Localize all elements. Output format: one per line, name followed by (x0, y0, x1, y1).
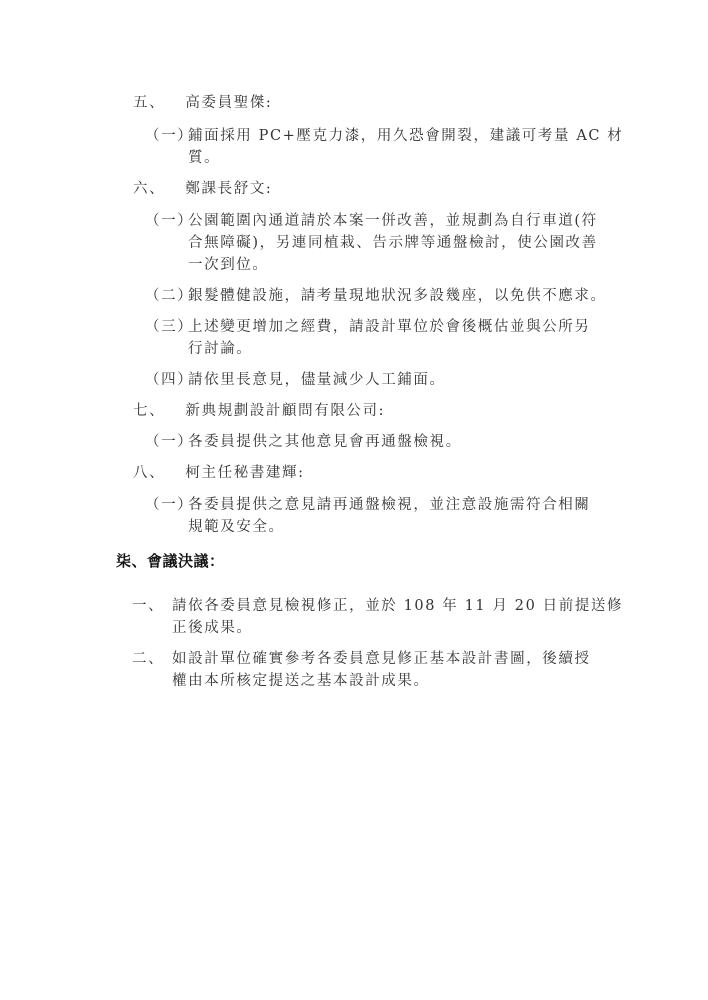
item-text: 規範及安全。 (188, 516, 285, 538)
item-number: （一） (145, 210, 193, 232)
section-heading: 五、 高委員聖傑: (133, 92, 272, 114)
section-speaker: 鄭課長舒文: (185, 181, 272, 197)
section-number: 八、 (133, 465, 165, 481)
item-number: （一） (145, 125, 193, 147)
item-text: 質。 (188, 147, 220, 169)
resolution-text: 正後成果。 (172, 617, 253, 639)
section-number: 六、 (133, 181, 165, 197)
section-number: 五、 (133, 95, 165, 111)
resolution-text: 權由本所核定提送之基本設計成果。 (172, 670, 430, 692)
item-number: （三） (145, 316, 193, 338)
item-text: 銀髮體健設施，請考量現地狀況多設幾座，以免供不應求。 (188, 285, 607, 307)
section-speaker: 新典規劃設計顧問有限公司: (185, 403, 385, 419)
resolution-number: 一、 (132, 595, 164, 617)
resolution-text: 如設計單位確實參考各委員意見修正基本設計書圖，後續授 (172, 648, 591, 670)
resolution-number: 二、 (132, 648, 164, 670)
section-heading: 八、 柯主任秘書建輝: (133, 462, 305, 484)
item-text: 一次到位。 (188, 254, 269, 276)
section-number: 七、 (133, 403, 165, 419)
item-text: 鋪面採用 PC+壓克力漆，用久恐會開裂，建議可考量 AC 材 (188, 125, 623, 147)
item-number: （一） (145, 494, 193, 516)
item-text: 行討論。 (188, 338, 252, 360)
section-speaker: 柯主任秘書建輝: (185, 465, 304, 481)
item-number: （二） (145, 285, 193, 307)
item-text: 合無障礙)，另連同植栽、告示牌等通盤檢討，使公園改善 (188, 232, 598, 254)
section-speaker: 高委員聖傑: (185, 95, 272, 111)
section-heading: 六、 鄭課長舒文: (133, 178, 272, 200)
item-text: 上述變更增加之經費，請設計單位於會後概估並與公所另 (188, 316, 591, 338)
resolution-text: 請依各委員意見檢視修正，並於 108 年 11 月 20 日前提送修 (172, 595, 623, 617)
item-text: 請依里長意見，儘量減少人工鋪面。 (188, 369, 446, 391)
item-number: （四） (145, 369, 193, 391)
item-text: 各委員提供之其他意見會再通盤檢視。 (188, 431, 462, 453)
item-text: 各委員提供之意見請再通盤檢視，並注意設施需符合相關 (188, 494, 591, 516)
section-heading: 七、 新典規劃設計顧問有限公司: (133, 400, 385, 422)
resolution-heading: 柒、會議決議： (116, 550, 225, 572)
item-text: 公園範圍內通道請於本案一併改善，並規劃為自行車道(符 (188, 210, 598, 232)
item-number: （一） (145, 431, 193, 453)
document-page: 五、 高委員聖傑: （一） 鋪面採用 PC+壓克力漆，用久恐會開裂，建議可考量 … (0, 0, 708, 1000)
